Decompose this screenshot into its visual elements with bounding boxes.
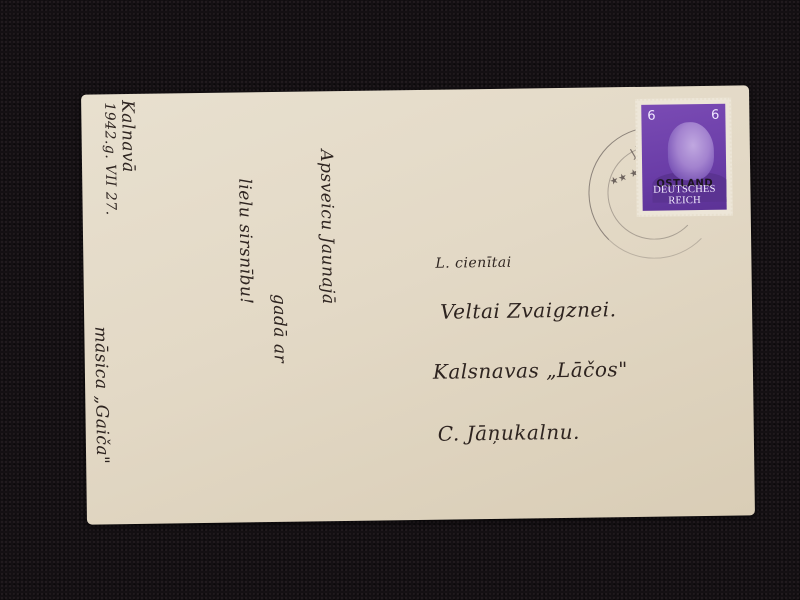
address-salutation: L. cienītai	[435, 255, 511, 272]
handwritten-place: Kalnavā	[117, 100, 138, 173]
address-recipient: Veltai Zvaigznei.	[440, 297, 617, 323]
greeting-line-1: Apsveicu Jaunajā	[316, 149, 338, 305]
handwritten-signature: māsica „Gaiča"	[90, 326, 112, 464]
handwritten-date: 1942.g. VII 27.	[101, 102, 119, 216]
address-farm: Kalsnavas „Lāčos"	[433, 357, 628, 384]
stamp-face: 6 6 OSTLAND DEUTSCHES REICH	[641, 104, 726, 211]
postcard: JUNI ★★ ★ 6 6 OSTLAND DEUTSCHES REICH Ka…	[81, 85, 755, 524]
stamp-value-right: 6	[711, 108, 719, 123]
stamp-country: DEUTSCHES REICH	[642, 184, 726, 207]
greeting-line-2: gadā ar	[269, 294, 290, 363]
address-post-office: C. Jāņukalnu.	[438, 420, 580, 446]
stamp-portrait	[667, 122, 714, 181]
stamp-value-left: 6	[647, 109, 655, 124]
greeting-line-3: lielu sirsnību!	[234, 178, 256, 305]
postage-stamp: 6 6 OSTLAND DEUTSCHES REICH	[635, 98, 733, 217]
